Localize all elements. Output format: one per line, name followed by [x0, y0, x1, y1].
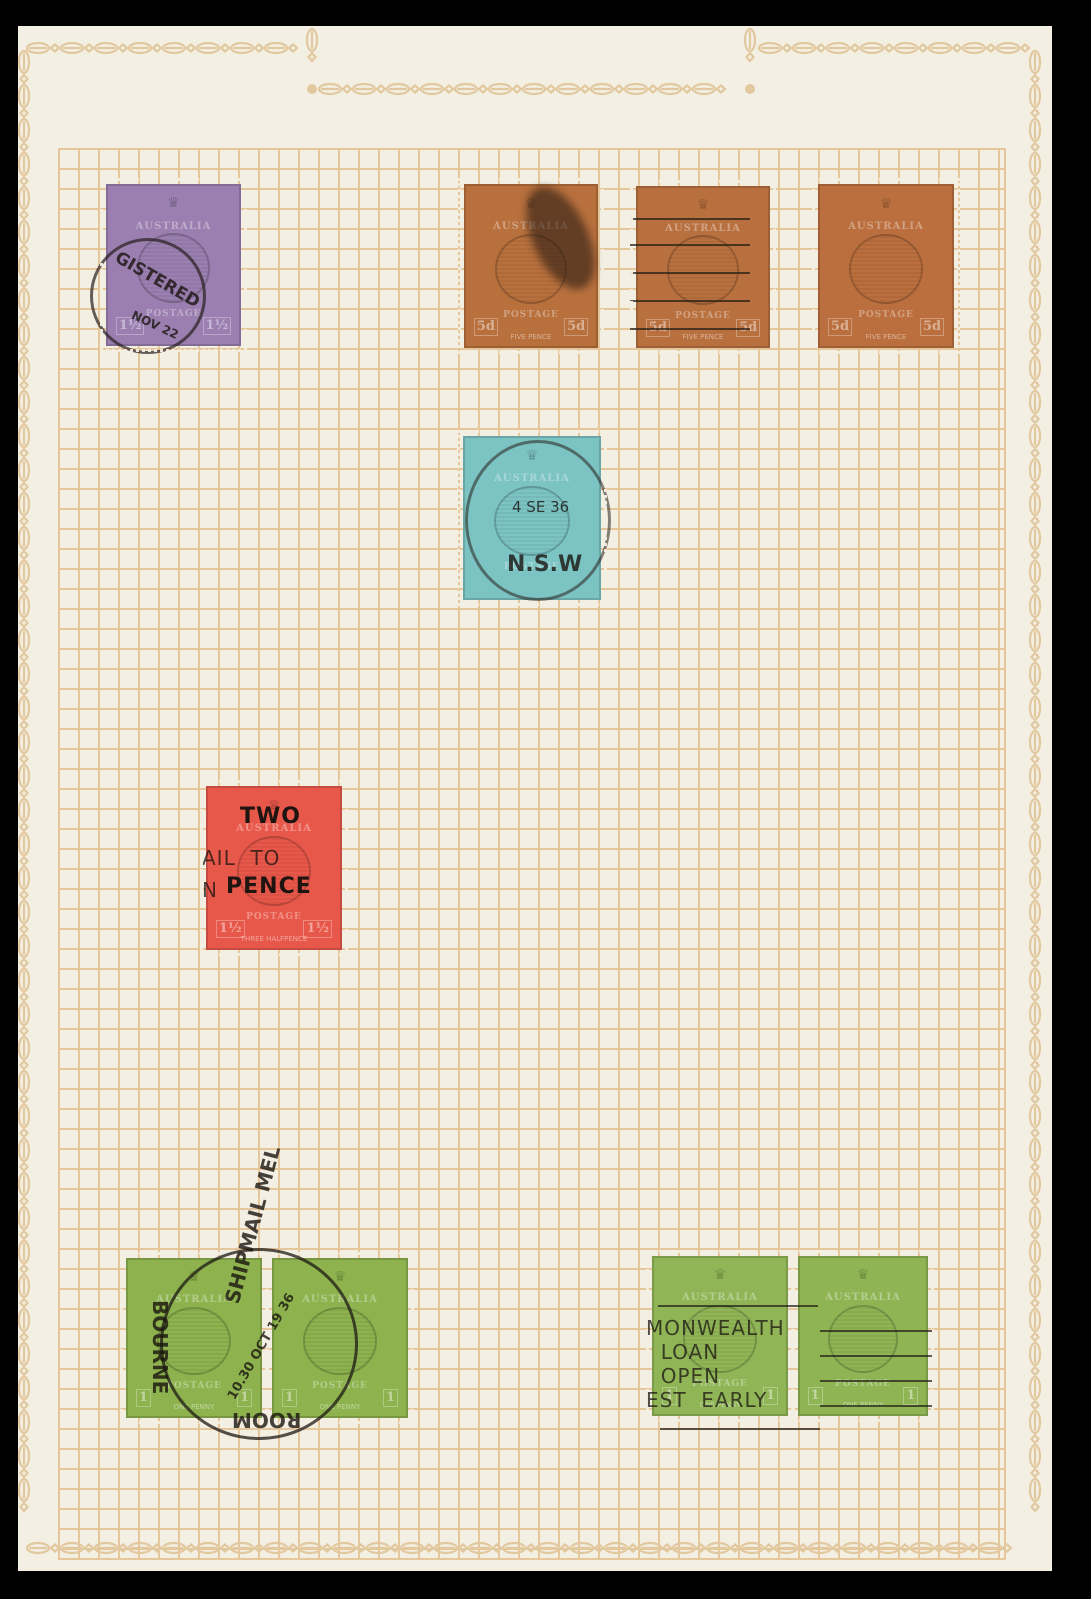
stamp-blue-four-pence: ♛ AUSTRALIA POSTAGE 4 SE 36 N.S.W	[457, 430, 607, 606]
stamp-country: AUSTRALIA	[654, 1292, 786, 1303]
cancel-line	[820, 1355, 932, 1357]
stamp-red-surcharge-two-pence: ♛ AUSTRALIA POSTAGE 1½ 1½ THREE HALFPENC…	[200, 780, 348, 956]
cancel-line	[630, 328, 750, 330]
cancel-line	[820, 1380, 932, 1382]
king-portrait	[828, 1305, 899, 1374]
crown-icon: ♛	[167, 195, 180, 211]
stamp-country: AUSTRALIA	[638, 223, 768, 234]
postmark-state: N.S.W	[507, 552, 582, 577]
stamp-country: AUSTRALIA	[108, 221, 239, 232]
postmark-text-side: BOURNE	[148, 1300, 172, 1394]
stamp-words: FIVE PENCE	[466, 333, 596, 341]
overprint-bottom: PENCE	[226, 874, 312, 899]
stamp-country: AUSTRALIA	[800, 1292, 926, 1303]
slogan-cancel: MONWEALTH LOAN OPEN EST EARLY	[646, 1316, 785, 1412]
crown-icon: ♛	[714, 1267, 727, 1283]
crown-icon: ♛	[880, 196, 893, 212]
postmark-date: 4 SE 36	[512, 498, 569, 516]
cancel-line	[630, 244, 750, 246]
stamp-words: FIVE PENCE	[820, 333, 952, 341]
crown-icon: ♛	[857, 1267, 870, 1283]
stamp-words: THREE HALFPENCE	[208, 935, 340, 943]
postmark-text-bottom: ROOM	[232, 1408, 301, 1432]
cancel-line	[820, 1405, 932, 1407]
cancel-line	[820, 1330, 932, 1332]
stamp-brown-five-pence-2: ♛ AUSTRALIA POSTAGE 5d 5d FIVE PENCE	[630, 180, 776, 354]
stamp-green-one-penny-4: ♛ AUSTRALIA POSTAGE 1 1 ONE PENNY	[792, 1250, 934, 1422]
stamp-country: AUSTRALIA	[820, 221, 952, 232]
cancel-line	[630, 300, 750, 302]
stamp-words: FIVE PENCE	[638, 333, 768, 341]
stamp-brown-five-pence-1: ♛ AUSTRALIA POSTAGE 5d 5d FIVE PENCE	[458, 178, 604, 354]
stamp-brown-five-pence-3: ♛ AUSTRALIA POSTAGE 5d 5d FIVE PENCE	[812, 178, 960, 354]
overprint-top: TWO	[240, 804, 301, 829]
stamp-value-right: 1½	[203, 317, 232, 335]
king-portrait	[849, 234, 923, 304]
stamp-violet-three-halfpence: ♛ AUSTRALIA POSTAGE 1½ 1½ GISTERED NOV 2…	[100, 178, 247, 352]
cancel-line	[658, 1305, 818, 1307]
cancel-line	[630, 218, 750, 220]
cancel-line	[660, 1428, 820, 1430]
crown-icon: ♛	[697, 197, 710, 213]
cancel-line	[630, 272, 750, 274]
